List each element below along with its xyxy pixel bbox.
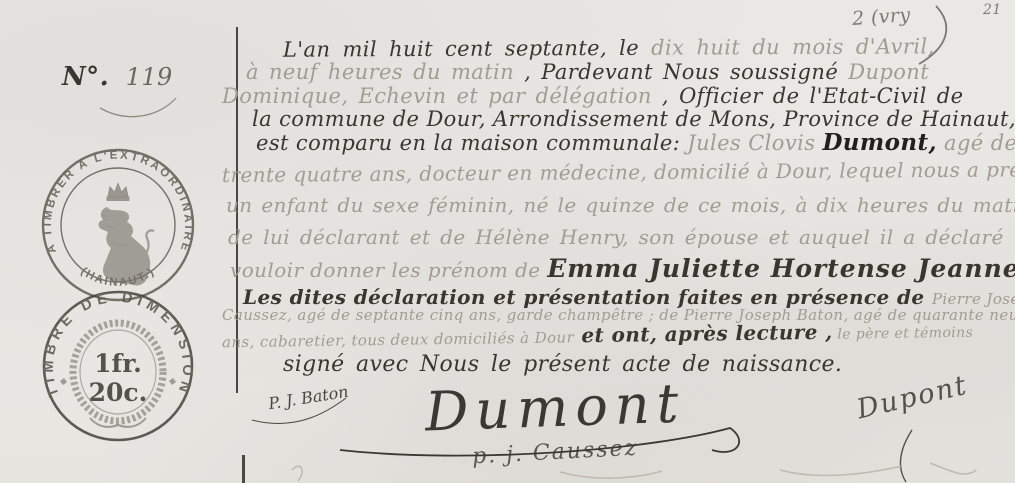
stamp-top-text: A TIMBRER A L'EXTRAORDINAIRE [42,149,194,254]
act-line-segment: et ont, après lecture , [574,320,833,348]
laurel-wreath [73,323,163,427]
margin-rule-next-act [242,455,245,483]
act-line: vouloir donner les prénom de Emma Juliet… [230,254,1015,283]
act-line: est comparu en la maison communale: Jule… [256,129,1015,156]
act-line: Dominique, Echevin et par délégation , O… [222,84,963,108]
act-number-label: N°. [62,62,109,92]
act-number: 119 [126,63,173,91]
act-line-segment: , Officier de l'Etat-Civil de [652,84,964,108]
act-line-segment: signé avec Nous le présent acte de naiss… [283,352,842,377]
signature-dumont: Dumont [424,371,686,443]
act-line: signé avec Nous le présent acte de naiss… [283,352,842,377]
wreath-ribbon [90,418,146,427]
act-number-block: N°. 119 [62,62,173,92]
act-line-segment: vouloir donner les prénom de [230,258,547,282]
act-line-segment: ans, cabaretier, tous deux domiciliés à … [222,328,574,351]
dimension-stamp: TIMBRE DE DIMENSION 1fr. 20c. [30,288,206,446]
act-line-segment: un enfant du sexe féminin, né le quinze … [226,193,1015,217]
act-line-segment: Dominique, Echevin et par délégation [222,84,652,108]
act-line-segment: trente quatre ans, docteur en médecine, … [222,157,1015,187]
act-line: L'an mil huit cent septante, le dix huit… [283,34,935,61]
act-line-segment: Dumont, [822,129,937,156]
act-line-segment: à neuf heures du matin [246,60,514,84]
act-line-segment: L'an mil huit cent septante, le [283,36,651,62]
lion-emblem [99,207,154,285]
extraordinaire-stamp: A TIMBRER A L'EXTRAORDINAIRE (HAINAUT.) [35,145,201,305]
act-line-segment: le père et témoins [832,325,973,343]
act-line-segment: , Pardevant Nous soussigné [514,60,848,84]
signature-dupont: Dupont [854,370,971,426]
child-names: Emma Juliette Hortense Jeanne. [547,254,1015,283]
ornament-right [169,378,176,385]
birth-act-document-scan: 21 2 (vry N°. 119 A TIMBRER A L'EXTRAORD… [0,0,1015,483]
crown-icon [107,184,129,201]
act-line-segment: est comparu en la maison communale: [256,131,687,155]
act-line-segment: Dupont [848,60,929,84]
stamp-value-centimes: 20c. [89,378,148,407]
act-line-segment: la commune de Dour, Arrondissement de Mo… [252,107,1015,131]
ornament-left [60,378,67,385]
page-number: 21 [983,2,1002,18]
act-line-segment: agé de [937,131,1015,155]
stamp-bottom-text: (HAINAUT.) [78,265,157,289]
svg-text:A TIMBRER A L'EXTRAORDINAIRE: A TIMBRER A L'EXTRAORDINAIRE [42,149,194,254]
act-line: à neuf heures du matin , Pardevant Nous … [246,60,929,84]
pencil-note: 2 (vry [851,4,911,30]
dupont-paren-stroke [900,430,912,482]
signature-baton: P. J. Baton [267,382,350,413]
svg-text:(HAINAUT.): (HAINAUT.) [78,265,157,289]
next-act-faint-strokes [292,463,976,481]
act-line: la commune de Dour, Arrondissement de Mo… [252,107,1015,131]
act-line: trente quatre ans, docteur en médecine, … [222,157,1015,187]
stamp-arc-text: TIMBRE DE DIMENSION [41,290,196,399]
act-line: un enfant du sexe féminin, né le quinze … [226,193,1015,217]
act-line-segment: de lui déclarant et de Hélène Henry, son… [228,225,1004,249]
act-line-segment: dix huit du mois d'Avril, [651,34,935,59]
act-line-segment: Jules Clovis [687,131,822,155]
act-line: de lui déclarant et de Hélène Henry, son… [228,225,1004,249]
stamp-value-francs: 1fr. [94,349,142,378]
svg-text:TIMBRE DE DIMENSION: TIMBRE DE DIMENSION [41,290,196,399]
act-number-flourish [100,98,176,117]
